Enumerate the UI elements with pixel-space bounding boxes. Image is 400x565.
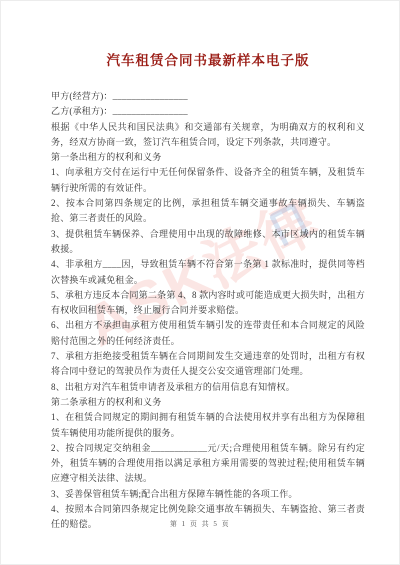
section1-item-8: 8、出租方对汽车租赁申请者及承租方的信用信息有知情权。	[51, 380, 365, 395]
section2-heading: 第二条承租方的权利和义务	[51, 395, 365, 410]
section1-item-2: 2、按本合同第四条规定的比例，承担租赁车辆交通事故车辆损失、车辆盗抢、第三者责任…	[51, 196, 365, 227]
section1-item-5: 5、承租方违反本合同第二条第 4、8 款内容时或可能造成更大损失时，出租方有权收…	[51, 288, 365, 319]
section1-item-3: 3、提供租赁车辆保养、合理使用中出现的故障维修、本市区域内的租赁车辆救援。	[51, 227, 365, 258]
document-title: 汽车租赁合同书最新样本电子版	[51, 51, 365, 71]
section1-item-1: 1、向承租方交付在运行中无任何保留条件、设备齐全的租赁车辆，及租赁车辆行驶所需的…	[51, 165, 365, 196]
section1-item-7: 7、承租方拒绝接受租赁车辆在合同期间发生交通违章的处罚时，出租方有权将合同中登记…	[51, 349, 365, 380]
page-number-footer: 第 1 页 共 5 页	[1, 519, 399, 529]
section2-item-3: 3、妥善保管租赁车辆;配合出租方保障车辆性能的各项工作。	[51, 487, 365, 502]
section1-item-4: 4、非承租方____因，导致租赁车辆不符合第一条第 1 款标准时，提供同等档次替…	[51, 257, 365, 288]
section2-item-1: 1、在租赁合同规定的期间拥有租赁车辆的合法使用权并享有出租方为保障租赁车辆使用功…	[51, 410, 365, 441]
party-b-line: 乙方(承租方)：________________	[51, 104, 365, 119]
section1-item-6: 6、出租方不承担由承租方使用租赁车辆引发的连带责任和本合同规定的风险赔付范围之外…	[51, 318, 365, 349]
party-a-line: 甲方(经营方)：________________	[51, 89, 365, 104]
section1-heading: 第一条出租方的权利和义务	[51, 150, 365, 165]
contract-document-page: ASK法律 汽车租赁合同书最新样本电子版 甲方(经营方)：___________…	[0, 0, 400, 565]
intro-paragraph: 根据《中华人民共和国民法典》和交通部有关规章，为明确双方的权利和义务，经双方协商…	[51, 120, 365, 151]
document-content: 汽车租赁合同书最新样本电子版 甲方(经营方)：________________ …	[1, 1, 399, 533]
section2-item-2: 2、按合同规定交纳租金____________元/天;合理使用租赁车辆。除另有约…	[51, 441, 365, 487]
